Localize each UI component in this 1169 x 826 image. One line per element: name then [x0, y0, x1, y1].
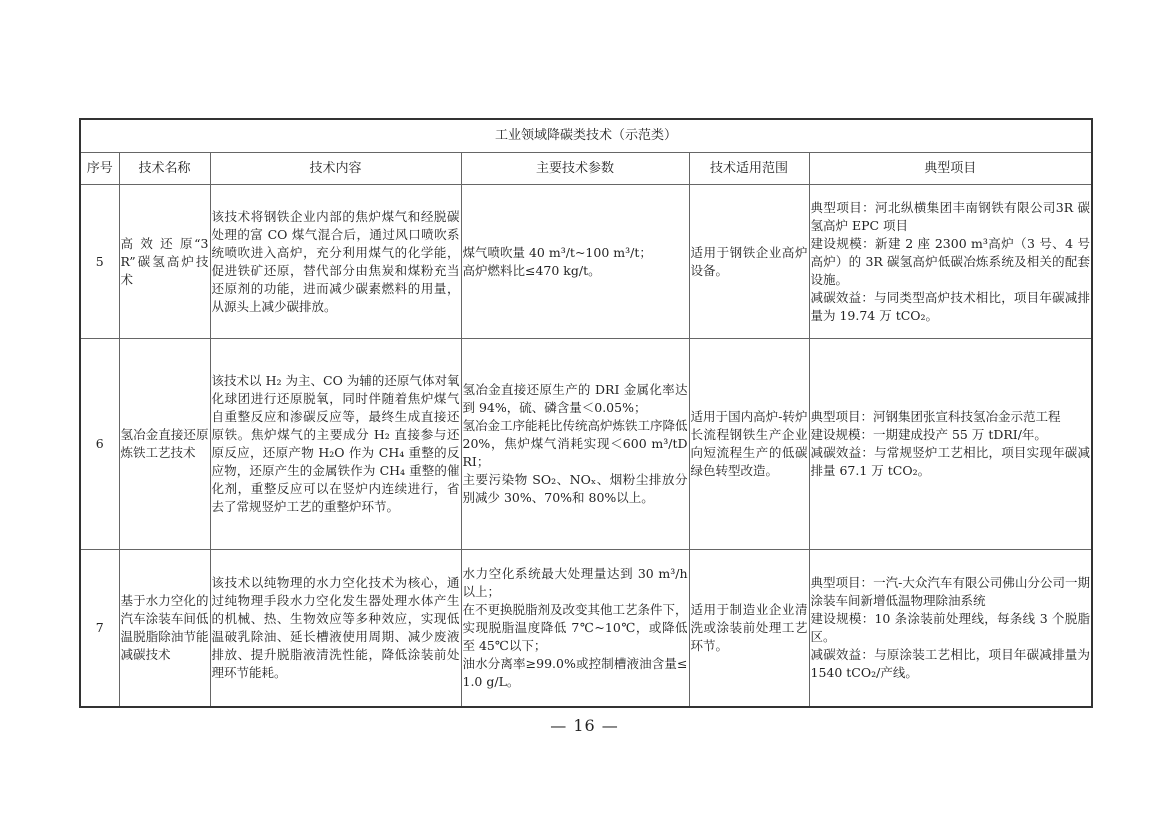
project-line: 建设规模：一期建成投产 55 万 tDRI/年。	[811, 426, 1091, 444]
header-name: 技术名称	[119, 153, 210, 185]
param-line: 在不更换脱脂剂及改变其他工艺条件下，实现脱脂温度降低 7℃~10℃，或降低至 4…	[463, 601, 688, 655]
page-number: — 16 —	[0, 716, 1169, 735]
row-params: 氢冶金直接还原生产的 DRI 金属化率达到 94%，硫、磷含量＜0.05%； 氢…	[461, 339, 689, 550]
row-content: 该技术以 H₂ 为主、CO 为辅的还原气体对氧化球团进行还原脱氧，同时伴随着焦炉…	[210, 339, 461, 550]
row-scope: 适用于国内高炉-转炉长流程钢铁生产企业向短流程生产的低碳绿色转型改造。	[689, 339, 809, 550]
project-line: 减碳效益：与同类型高炉技术相比，项目年碳减排量为 19.74 万 tCO₂。	[811, 289, 1091, 325]
table-row: 5 高 效 还 原“3R”碳氢高炉技术 该技术将钢铁企业内部的焦炉煤气和经脱碳处…	[80, 185, 1092, 339]
header-content: 技术内容	[210, 153, 461, 185]
row-no: 7	[80, 550, 119, 707]
row-name: 基于水力空化的汽车涂装车间低温脱脂除油节能减碳技术	[119, 550, 210, 707]
project-line: 减碳效益：与原涂装工艺相比，项目年碳减排量为 1540 tCO₂/产线。	[811, 646, 1091, 682]
table-row: 6 氢冶金直接还原炼铁工艺技术 该技术以 H₂ 为主、CO 为辅的还原气体对氧化…	[80, 339, 1092, 550]
row-content: 该技术以纯物理的水力空化技术为核心，通过纯物理手段水力空化发生器处理水体产生的机…	[210, 550, 461, 707]
row-content: 该技术将钢铁企业内部的焦炉煤气和经脱碳处理的富 CO 煤气混合后，通过风口喷吹系…	[210, 185, 461, 339]
param-line: 氢冶金直接还原生产的 DRI 金属化率达到 94%，硫、磷含量＜0.05%；	[463, 381, 688, 417]
project-line: 建设规模：10 条涂装前处理线，每条线 3 个脱脂区。	[811, 610, 1091, 646]
row-scope: 适用于钢铁企业高炉设备。	[689, 185, 809, 339]
row-params: 水力空化系统最大处理量达到 30 m³/h以上； 在不更换脱脂剂及改变其他工艺条…	[461, 550, 689, 707]
table-header-row: 序号 技术名称 技术内容 主要技术参数 技术适用范围 典型项目	[80, 153, 1092, 185]
row-scope: 适用于制造业企业清洗或涂装前处理工艺环节。	[689, 550, 809, 707]
param-line: 高炉燃料比≤470 kg/t。	[463, 262, 688, 280]
row-no: 5	[80, 185, 119, 339]
param-line: 煤气喷吹量 40 m³/t~100 m³/t；	[463, 244, 688, 262]
project-line: 典型项目：河北纵横集团丰南钢铁有限公司3R 碳氢高炉 EPC 项目	[811, 199, 1091, 235]
table-title: 工业领域降碳类技术（示范类）	[80, 119, 1092, 153]
row-project: 典型项目：一汽-大众汽车有限公司佛山分公司一期涂装车间新增低温物理除油系统 建设…	[809, 550, 1092, 707]
row-name: 氢冶金直接还原炼铁工艺技术	[119, 339, 210, 550]
table-title-row: 工业领域降碳类技术（示范类）	[80, 119, 1092, 153]
param-line: 主要污染物 SO₂、NOₓ、烟粉尘排放分别减少 30%、70%和 80%以上。	[463, 471, 688, 507]
row-params: 煤气喷吹量 40 m³/t~100 m³/t； 高炉燃料比≤470 kg/t。	[461, 185, 689, 339]
row-name: 高 效 还 原“3R”碳氢高炉技术	[119, 185, 210, 339]
row-project: 典型项目：河北纵横集团丰南钢铁有限公司3R 碳氢高炉 EPC 项目 建设规模：新…	[809, 185, 1092, 339]
row-no: 6	[80, 339, 119, 550]
row-project: 典型项目：河钢集团张宣科技氢冶金示范工程 建设规模：一期建成投产 55 万 tD…	[809, 339, 1092, 550]
header-params: 主要技术参数	[461, 153, 689, 185]
param-line: 水力空化系统最大处理量达到 30 m³/h以上；	[463, 565, 688, 601]
header-no: 序号	[80, 153, 119, 185]
param-line: 氢冶金工序能耗比传统高炉炼铁工序降低 20%，焦炉煤气消耗实现＜600 m³/t…	[463, 417, 688, 471]
project-line: 减碳效益：与常规竖炉工艺相比，项目实现年碳减排量 67.1 万 tCO₂。	[811, 444, 1091, 480]
project-line: 建设规模：新建 2 座 2300 m³高炉（3 号、4 号高炉）的 3R 碳氢高…	[811, 235, 1091, 289]
header-project: 典型项目	[809, 153, 1092, 185]
param-line: 油水分离率≥99.0%或控制槽液油含量≤1.0 g/L。	[463, 655, 688, 691]
header-scope: 技术适用范围	[689, 153, 809, 185]
table-row: 7 基于水力空化的汽车涂装车间低温脱脂除油节能减碳技术 该技术以纯物理的水力空化…	[80, 550, 1092, 707]
project-line: 典型项目：一汽-大众汽车有限公司佛山分公司一期涂装车间新增低温物理除油系统	[811, 574, 1091, 610]
tech-table: 工业领域降碳类技术（示范类） 序号 技术名称 技术内容 主要技术参数 技术适用范…	[79, 118, 1093, 708]
project-line: 典型项目：河钢集团张宣科技氢冶金示范工程	[811, 408, 1091, 426]
